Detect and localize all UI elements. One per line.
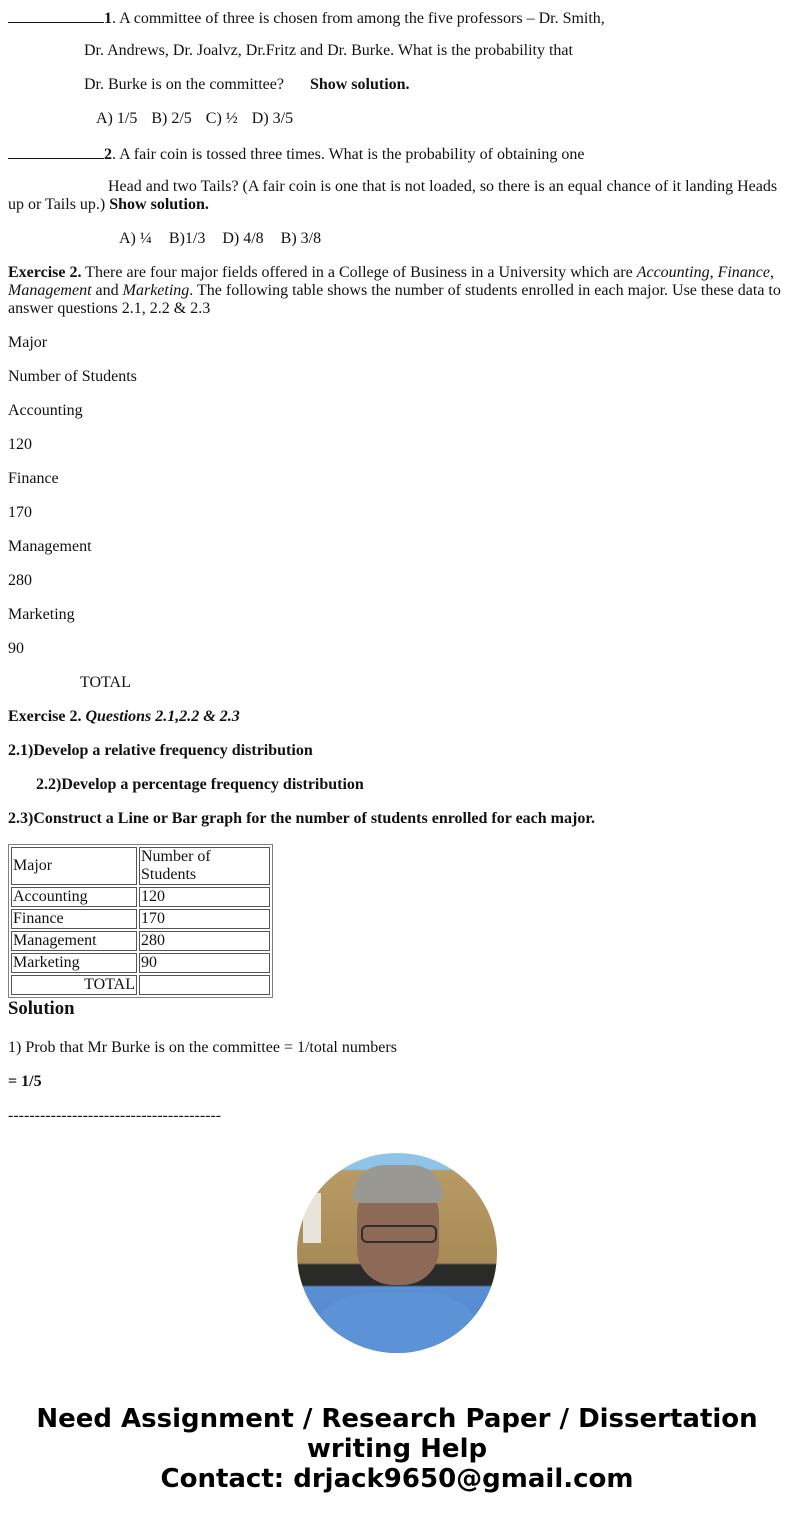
exercise-2-label: Exercise 2. (8, 264, 81, 281)
table-row: Marketing 90 (11, 953, 270, 973)
cell-major: Marketing (11, 953, 137, 973)
avatar-shirt (307, 1293, 487, 1353)
question-2-line-2: Head and two Tails? (A fair coin is one … (8, 178, 786, 214)
option-b: B)1/3 (169, 230, 205, 247)
table-row: Management 280 (11, 931, 270, 951)
table-row: Accounting 120 (11, 887, 270, 907)
promo-banner: Need Assignment / Research Paper / Disse… (0, 1404, 794, 1494)
option-a: A) ¼ (119, 230, 152, 247)
cell-major: Management (11, 931, 137, 951)
questions-heading: Exercise 2. Questions 2.1,2.2 & 2.3 (8, 708, 240, 726)
question-2-3: 2.3)Construct a Line or Bar graph for th… (8, 810, 595, 828)
cell-count: 120 (139, 887, 270, 907)
major-finance: Finance (718, 264, 770, 281)
flat-cell: Accounting (8, 402, 83, 420)
promo-contact[interactable]: Contact: drjack9650@gmail.com (0, 1464, 794, 1494)
flat-cell: 280 (8, 572, 32, 590)
cell-count: 280 (139, 931, 270, 951)
flat-cell: 90 (8, 640, 24, 658)
students-table: Major Number of Students Accounting 120 … (8, 844, 273, 998)
major-management: Management (8, 282, 92, 299)
option-d: D) 4/8 (222, 230, 263, 247)
major-marketing: Marketing (123, 282, 190, 299)
option-d: D) 3/5 (252, 110, 293, 127)
cell-total-value (139, 975, 270, 995)
intro-text-a: There are four major fields offered in a… (81, 264, 636, 281)
sep: and (92, 282, 123, 299)
option-a: A) 1/5 (96, 110, 137, 127)
question-1-line-2: Dr. Andrews, Dr. Joalvz, Dr.Fritz and Dr… (84, 42, 573, 60)
answer-blank-1 (8, 8, 104, 23)
show-solution-link-2[interactable]: Show solution. (109, 196, 209, 213)
solution-line-2: = 1/5 (8, 1073, 42, 1091)
cell-count: 170 (139, 909, 270, 929)
cell-major: Accounting (11, 887, 137, 907)
questions-heading-label: Exercise 2. (8, 708, 81, 725)
avatar-glasses (361, 1225, 437, 1243)
flat-cell: Number of Students (8, 368, 137, 386)
exercise-2-intro: Exercise 2. There are four major fields … (8, 264, 786, 318)
answer-blank-2 (8, 144, 104, 159)
option-b-2: B) 3/8 (281, 230, 321, 247)
major-accounting: Accounting (637, 264, 710, 281)
flat-total: TOTAL (80, 674, 131, 692)
avatar-background-panel (303, 1193, 321, 1243)
option-c: C) ½ (206, 110, 238, 127)
flat-cell: 120 (8, 436, 32, 454)
promo-line-2: writing Help (0, 1434, 794, 1464)
question-1-number: 1 (104, 10, 112, 27)
question-2-text-1: . A fair coin is tossed three times. Wha… (112, 146, 585, 163)
question-2-number: 2 (104, 146, 112, 163)
table-row: Finance 170 (11, 909, 270, 929)
promo-line-1: Need Assignment / Research Paper / Disse… (0, 1404, 794, 1434)
question-2-options: A) ¼ B)1/3 D) 4/8 B) 3/8 (119, 230, 334, 248)
header-major: Major (11, 847, 137, 885)
solution-line-1: 1) Prob that Mr Burke is on the committe… (8, 1039, 397, 1057)
table-total-row: TOTAL (11, 975, 270, 995)
avatar-hair (353, 1165, 443, 1203)
flat-cell: Finance (8, 470, 59, 488)
sep: , (710, 264, 718, 281)
flat-cell: Marketing (8, 606, 75, 624)
cell-count: 90 (139, 953, 270, 973)
question-1-text-3: Dr. Burke is on the committee? (84, 76, 284, 93)
flat-cell: 170 (8, 504, 32, 522)
header-students: Number of Students (139, 847, 270, 885)
question-1-line-3: Dr. Burke is on the committee?Show solut… (84, 76, 410, 94)
show-solution-link-1[interactable]: Show solution. (310, 76, 410, 93)
question-1-line-1: 1. A committee of three is chosen from a… (8, 8, 605, 28)
table-header-row: Major Number of Students (11, 847, 270, 885)
tutor-avatar (297, 1153, 497, 1353)
sep: , (770, 264, 774, 281)
option-b: B) 2/5 (151, 110, 191, 127)
flat-cell: Management (8, 538, 92, 556)
question-2-1: 2.1)Develop a relative frequency distrib… (8, 742, 313, 760)
solution-heading: Solution (8, 1000, 74, 1018)
questions-heading-italic: Questions 2.1,2.2 & 2.3 (85, 708, 239, 725)
question-2-2: 2.2)Develop a percentage frequency distr… (36, 776, 364, 794)
question-2-line-1: 2. A fair coin is tossed three times. Wh… (8, 144, 585, 164)
cell-total-label: TOTAL (11, 975, 137, 995)
solution-divider: ---------------------------------------- (8, 1107, 221, 1125)
cell-major: Finance (11, 909, 137, 929)
flat-cell: Major (8, 334, 47, 352)
question-1-text-1: . A committee of three is chosen from am… (112, 10, 605, 27)
question-1-options: A) 1/5 B) 2/5 C) ½ D) 3/5 (96, 110, 303, 128)
